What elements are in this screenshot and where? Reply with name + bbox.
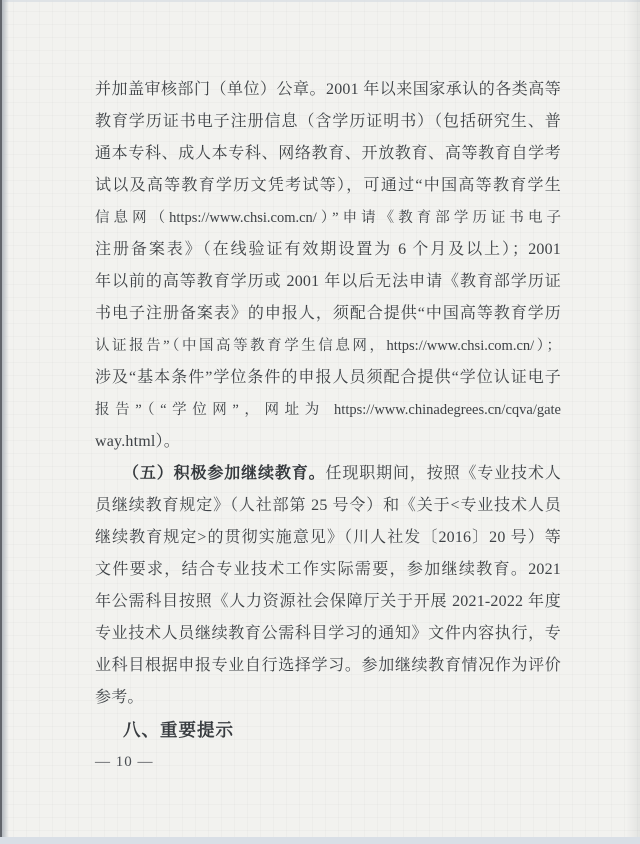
document-text-block: 并加盖审核部门（单位）公章。2001 年以来国家承认的各类高等 教育学历证书电子… bbox=[95, 74, 561, 778]
text-line-with-url: 报告”（“学位网”，网址为 https://www.chinadegrees.c… bbox=[95, 394, 561, 426]
page-edge-top bbox=[0, 0, 640, 2]
text-line: 通本专科、成人本专科、网络教育、开放教育、高等教育自学考 bbox=[95, 138, 561, 170]
lead-rest-text: 任现职期间，按照《专业技术人 bbox=[325, 465, 561, 482]
text-line-paragraph-end: 参考。 bbox=[95, 682, 561, 714]
text-line: 注册备案表》（在线验证有效期设置为 6 个月及以上）；2001 bbox=[95, 234, 561, 266]
text-line: 书电子注册备案表》的申报人，须配合提供“中国高等教育学历 bbox=[95, 298, 561, 330]
section-heading: 八、重要提示 bbox=[95, 714, 561, 746]
text-line: 年公需科目按照《人力资源社会保障厅关于开展 2021-2022 年度 bbox=[95, 586, 561, 618]
text-line: 业科目根据申报专业自行选择学习。参加继续教育情况作为评价 bbox=[95, 650, 561, 682]
page-number: — 10 — bbox=[95, 746, 561, 778]
text-line: 年以前的高等教育学历或 2001 年以后无法申请《教育部学历证 bbox=[95, 266, 561, 298]
text-line-paragraph-end: way.html）。 bbox=[95, 426, 561, 458]
text-line-with-url: 认证报告”（中国高等教育学生信息网，https://www.chsi.com.c… bbox=[95, 330, 561, 362]
text-line: 专业技术人员继续教育公需科目学习的通知》文件内容执行，专 bbox=[95, 618, 561, 650]
subsection-title: （五）积极参加继续教育。 bbox=[123, 465, 325, 482]
text-line: 员继续教育规定》（人社部第 25 号令）和《关于<专业技术人员 bbox=[95, 490, 561, 522]
text-line: 涉及“基本条件”学位条件的申报人员须配合提供“学位认证电子 bbox=[95, 362, 561, 394]
text-line-paragraph-lead: （五）积极参加继续教育。任现职期间，按照《专业技术人 bbox=[95, 458, 561, 490]
scanned-document-page: 并加盖审核部门（单位）公章。2001 年以来国家承认的各类高等 教育学历证书电子… bbox=[0, 0, 640, 844]
text-line-with-url: 信息网（https://www.chsi.com.cn/）”申请《教育部学历证书… bbox=[95, 202, 561, 234]
page-edge-bottom bbox=[0, 837, 640, 844]
text-line: 并加盖审核部门（单位）公章。2001 年以来国家承认的各类高等 bbox=[95, 74, 561, 106]
text-line: 试以及高等教育学历文凭考试等），可通过“中国高等教育学生 bbox=[95, 170, 561, 202]
text-line: 文件要求，结合专业技术工作实际需要，参加继续教育。2021 bbox=[95, 554, 561, 586]
page-edge-right bbox=[626, 0, 640, 844]
text-line: 教育学历证书电子注册信息（含学历证明书）（包括研究生、普 bbox=[95, 106, 561, 138]
text-line: 继续教育规定>的贯彻实施意见》（川人社发〔2016〕20 号）等 bbox=[95, 522, 561, 554]
page-edge-left-soft bbox=[2, 0, 9, 838]
